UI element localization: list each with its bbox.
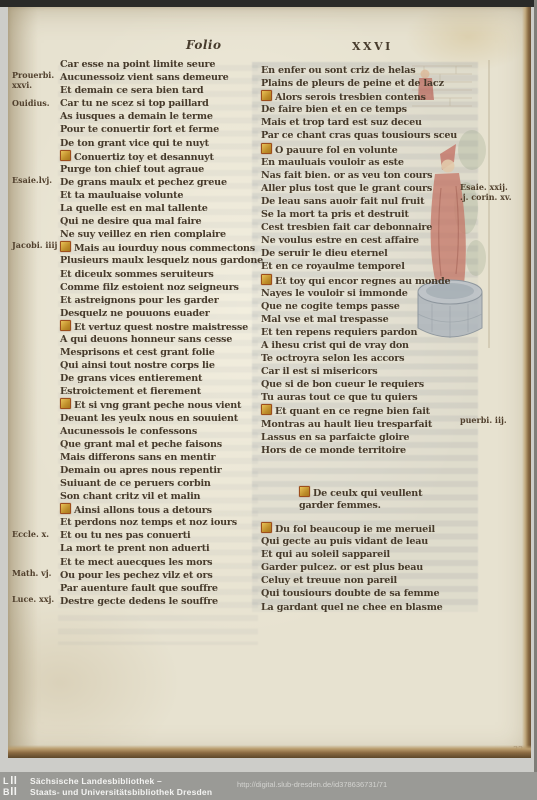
page-number-roman: XXVI	[352, 40, 393, 53]
verse-text: Et toy qui encor regnes au monde	[275, 276, 450, 287]
verse-text: Aucunessoiz vient sans demeure	[60, 72, 229, 83]
illuminated-pilcrow-icon	[60, 503, 71, 514]
verse-text: Ainsi allons tous a detours	[74, 505, 212, 516]
verse-line: Aucunessois le confessons	[60, 425, 266, 438]
verse-text: La gardant quel ne chee en blasme	[261, 602, 443, 613]
verse-line: Par ce chant cras quas tousiours sceu	[261, 129, 477, 142]
verse-line: La quelle est en mal tallente	[60, 202, 266, 215]
verse-text: Par auenture fault que souffre	[60, 583, 218, 594]
verse-text: Plains de pleurs de peine et de lacz	[261, 78, 444, 89]
margin-citation-line: Jacobi. iiij	[12, 241, 57, 251]
verse-line: De leau sans auoir fait nul fruit	[261, 195, 477, 208]
verse-text: Que grant mal et peche faisons	[60, 439, 222, 450]
verse-line: Celuy et treuue non pareil	[261, 574, 477, 587]
verse-text: Ne voulus estre en cest affaire	[261, 235, 419, 246]
svg-text:B: B	[3, 787, 10, 797]
verse-text: Conuertiz toy et desannuyt	[74, 152, 214, 163]
verse-line: Et diceulx sommes seruiteurs	[60, 268, 266, 281]
margin-citation: Esaie. xxij..j. corin. xv.	[460, 183, 512, 202]
margin-citation: Esaie.lvj.	[12, 176, 52, 186]
verse-line: Plusieurs maulx lesquelz nous gardone	[60, 254, 266, 267]
verse-text: Comme filz estoient noz seigneurs	[60, 282, 239, 293]
verse-line: Par auenture fault que souffre	[60, 582, 266, 595]
margin-citation: Luce. xxj.	[12, 595, 54, 605]
verse-line: Et qui au soleil sappareil	[261, 548, 477, 561]
right-column: En enfer ou sont criz de helasPlains de …	[261, 64, 477, 614]
verse-text: Mais et trop tard est suz deceu	[261, 117, 422, 128]
verse-text: La quelle est en mal tallente	[60, 203, 208, 214]
verse-line: Car esse na point limite seure	[60, 58, 266, 71]
verse-line: Et te mect auecques les mors	[60, 556, 266, 569]
verse-line: Et ten repens requiers pardon	[261, 326, 477, 339]
folio-header: Folio	[186, 38, 222, 52]
verse-line: Ainsi allons tous a detours	[60, 503, 266, 516]
verse-text: Et demain ce sera bien tard	[60, 85, 203, 96]
verse-line: As iusques a demain le terme	[60, 110, 266, 123]
verse-text: Pour te conuertir fort et ferme	[60, 124, 219, 135]
verse-text: Qui tousiours doubte de sa femme	[261, 588, 439, 599]
verse-text: Par ce chant cras quas tousiours sceu	[261, 130, 457, 141]
verse-text: Suiuant de ce peruers corbin	[60, 478, 211, 489]
verse-text: De grans vices entierement	[60, 373, 202, 384]
illuminated-pilcrow-icon	[261, 404, 272, 415]
verse-text: Hors de ce monde territoire	[261, 445, 406, 456]
verse-line: Demain ou apres nous repentir	[60, 464, 266, 477]
verse-text: Plusieurs maulx lesquelz nous gardone	[60, 255, 263, 266]
library-name-line2: Staats- und Universitätsbibliothek Dresd…	[30, 787, 212, 798]
verse-line: La mort te prent non aduerti	[60, 542, 266, 555]
verse-text: Estroictement et fierement	[60, 386, 201, 397]
margin-citation-line: Ouidius.	[12, 99, 50, 109]
verse-text: Et vertuz quest nostre maistresse	[74, 322, 248, 333]
verse-line: Montras au hault lieu tresparfait	[261, 418, 477, 431]
verse-text: Ou pour les pechez vilz et ors	[60, 570, 213, 581]
svg-text:L: L	[3, 776, 9, 786]
margin-citation-line: Eccle. x.	[12, 530, 49, 540]
verse-line: En mauluais vouloir as este	[261, 156, 477, 169]
verse-line: Que si de bon cueur le requiers	[261, 378, 477, 391]
verse-text: Que ne cogite temps passe	[261, 301, 400, 312]
illuminated-pilcrow-icon	[60, 398, 71, 409]
verse-text: Et ten repens requiers pardon	[261, 327, 417, 338]
verse-line: Et vertuz quest nostre maistresse	[60, 320, 266, 333]
verse-text: O pauure fol en volunte	[275, 145, 398, 156]
verse-text: Alors serois tresbien contens	[275, 92, 426, 103]
verse-text: Et en ce royaulme temporel	[261, 261, 405, 272]
verse-text: Car tu ne scez si top paillard	[60, 98, 209, 109]
library-name-line1: Sächsische Landesbibliothek –	[30, 776, 212, 787]
verse-line: Qui ne desire qua mal faire	[60, 215, 266, 228]
verse-line: Comme filz estoient noz seigneurs	[60, 281, 266, 294]
verse-line: Mais et trop tard est suz deceu	[261, 116, 477, 129]
verse-text: Purge ton chief tout agraue	[60, 164, 204, 175]
margin-citation-line: .j. corin. xv.	[460, 193, 512, 203]
verse-line: En enfer ou sont criz de helas	[261, 64, 477, 77]
verse-line: Conuertiz toy et desannuyt	[60, 150, 266, 163]
verse-text: Garder pulcez. or est plus beau	[261, 562, 423, 573]
verse-text: garder femmes.	[299, 500, 381, 511]
verse-line: La gardant quel ne chee en blasme	[261, 601, 477, 614]
verse-text: A ihesu crist qui de vray don	[261, 340, 409, 351]
verse-line: Et en ce royaulme temporel	[261, 260, 477, 273]
illuminated-pilcrow-icon	[60, 150, 71, 161]
verse-line: Et ta mauluaise volunte	[60, 189, 266, 202]
verse-text: Qui gecte au puis vidant de leau	[261, 536, 428, 547]
verse-line: Destre gecte dedens le souffre	[60, 595, 266, 608]
book-edge-right	[522, 7, 531, 758]
verse-line: Qui tousiours doubte de sa femme	[261, 587, 477, 600]
verse-text: Qui ainsi tout nostre corps lie	[60, 360, 215, 371]
verse-line: Nas fait bien. or as veu ton cours	[261, 169, 477, 182]
verse-text: Nayes le vouloir si immonde	[261, 288, 408, 299]
margin-citation: Ouidius.	[12, 99, 50, 109]
verse-line: Et quant en ce regne bien fait	[261, 404, 477, 417]
verse-line: Mesprisons et cest grant folie	[60, 346, 266, 359]
illuminated-pilcrow-icon	[299, 486, 310, 497]
verse-text: Mal vse et mal trespasse	[261, 314, 389, 325]
margin-citation: Prouerbi.xxvi.	[12, 71, 54, 90]
verse-line: Purge ton chief tout agraue	[60, 163, 266, 176]
verse-line: Car tu ne scez si top paillard	[60, 97, 266, 110]
verse-text: Aller plus tost que le grant cours	[261, 183, 432, 194]
verse-text: De faire bien et en ce temps	[261, 104, 407, 115]
scan-viewport: Folio XXVI Car esse na point limite seur…	[0, 0, 537, 800]
verse-line: Cest tresbien fait car debonnaire	[261, 221, 477, 234]
margin-citation: puerbi. iij.	[460, 416, 507, 426]
verse-line: garder femmes.	[299, 499, 477, 512]
verse-line: Aucunessoiz vient sans demeure	[60, 71, 266, 84]
verse-text: As iusques a demain le terme	[60, 111, 213, 122]
illuminated-pilcrow-icon	[261, 143, 272, 154]
library-footer-bar: L B Sächsische Landesbibliothek – Staats…	[0, 772, 537, 800]
verse-line: Lassus en sa parfaicte gloire	[261, 431, 477, 444]
verse-line: Suiuant de ce peruers corbin	[60, 477, 266, 490]
verse-line: De grans vices entierement	[60, 372, 266, 385]
verse-block: Du fol beaucoup ie me merueilQui gecte a…	[261, 522, 477, 614]
verse-text: Mais differons sans en mentir	[60, 452, 215, 463]
verse-line: Du fol beaucoup ie me merueil	[261, 522, 477, 535]
persistent-url: http://digital.slub-dresden.de/id3786367…	[237, 780, 387, 789]
verse-text: De grans maulx et pechez greue	[60, 177, 227, 188]
verse-line: Pour te conuertir fort et ferme	[60, 123, 266, 136]
verse-text: De seruir le dieu eternel	[261, 248, 388, 259]
illuminated-pilcrow-icon	[261, 90, 272, 101]
verse-line: Hors de ce monde territoire	[261, 444, 477, 457]
verse-text: Qui ne desire qua mal faire	[60, 216, 201, 227]
margin-citation: Math. vj.	[12, 569, 51, 579]
verse-line: Ne voulus estre en cest affaire	[261, 234, 477, 247]
margin-citation-line: Esaie.lvj.	[12, 176, 52, 186]
verse-line: Alors serois tresbien contens	[261, 90, 477, 103]
verse-line: Mais differons sans en mentir	[60, 451, 266, 464]
verse-text: Destre gecte dedens le souffre	[60, 596, 218, 607]
margin-citation-line: Luce. xxj.	[12, 595, 54, 605]
verse-text: Et ta mauluaise volunte	[60, 190, 183, 201]
margin-citation-line: Math. vj.	[12, 569, 51, 579]
verse-text: En enfer ou sont criz de helas	[261, 65, 415, 76]
verse-line: Que grant mal et peche faisons	[60, 438, 266, 451]
verse-line: O pauure fol en volunte	[261, 143, 477, 156]
verse-text: Car esse na point limite seure	[60, 59, 215, 70]
verse-line: Son chant critz vil et malin	[60, 490, 266, 503]
gutter-shadow	[8, 7, 38, 758]
verse-line: Car il est si misericors	[261, 365, 477, 378]
margin-citation: Jacobi. iiij	[12, 241, 57, 251]
verse-text: Son chant critz vil et malin	[60, 491, 200, 502]
verse-text: Montras au hault lieu tresparfait	[261, 419, 432, 430]
verse-text: Se la mort ta pris et destruit	[261, 209, 409, 220]
verse-line: Nayes le vouloir si immonde	[261, 287, 477, 300]
verse-line: De ton grant vice qui te nuyt	[60, 137, 266, 150]
verse-line: Et ou tu nes pas conuerti	[60, 529, 266, 542]
verse-line: Te octroyra selon les accors	[261, 352, 477, 365]
verse-text: Aucunessois le confessons	[60, 426, 197, 437]
verse-text: Et diceulx sommes seruiteurs	[60, 269, 214, 280]
verse-text: Te octroyra selon les accors	[261, 353, 404, 364]
slub-logo-icon: L B	[2, 775, 24, 797]
verse-text: Et ou tu nes pas conuerti	[60, 530, 190, 541]
verse-line: Mais au iourduy nous commectons	[60, 241, 266, 254]
verse-line: Se la mort ta pris et destruit	[261, 208, 477, 221]
book-edge-bottom	[8, 745, 531, 758]
verse-text: De leau sans auoir fait nul fruit	[261, 196, 424, 207]
verse-text: Car il est si misericors	[261, 366, 377, 377]
verse-text: De ton grant vice qui te nuyt	[60, 138, 209, 149]
verse-block: En enfer ou sont criz de helasPlains de …	[261, 64, 477, 457]
verse-text: Nas fait bien. or as veu ton cours	[261, 170, 432, 181]
verse-line: Et demain ce sera bien tard	[60, 84, 266, 97]
section-heading: De ceulx qui veullentgarder femmes.	[261, 486, 477, 512]
verse-text: La mort te prent non aduerti	[60, 543, 209, 554]
verse-line: Qui ainsi tout nostre corps lie	[60, 359, 266, 372]
left-column: Car esse na point limite seureAucunessoi…	[60, 58, 266, 608]
verse-line: Plains de pleurs de peine et de lacz	[261, 77, 477, 90]
verse-line: Aller plus tost que le grant cours	[261, 182, 477, 195]
verse-text: Et si vng grant peche nous vient	[74, 400, 241, 411]
verse-text: Mesprisons et cest grant folie	[60, 347, 215, 358]
verse-text: Et perdons noz temps et noz iours	[60, 517, 237, 528]
verse-text: De ceulx qui veullent	[313, 488, 422, 499]
verse-line: Et si vng grant peche nous vient	[60, 398, 266, 411]
verse-line: Que ne cogite temps passe	[261, 300, 477, 313]
verse-text: Et te mect auecques les mors	[60, 557, 212, 568]
scanner-edge-top	[0, 0, 537, 7]
verse-text: Ne suy veillez en rien complaire	[60, 229, 226, 240]
margin-citation-line: xxvi.	[12, 81, 54, 91]
illuminated-pilcrow-icon	[60, 320, 71, 331]
margin-citation: Eccle. x.	[12, 530, 49, 540]
verse-line: Et astreignons pour les garder	[60, 294, 266, 307]
verse-line: Deuant les yeulx nous en souuient	[60, 412, 266, 425]
illuminated-pilcrow-icon	[261, 274, 272, 285]
verse-line: Garder pulcez. or est plus beau	[261, 561, 477, 574]
library-name: Sächsische Landesbibliothek – Staats- un…	[30, 776, 212, 797]
margin-citation-line: puerbi. iij.	[460, 416, 507, 426]
verse-line: A ihesu crist qui de vray don	[261, 339, 477, 352]
verse-line: Ou pour les pechez vilz et ors	[60, 569, 266, 582]
verse-text: Desquelz ne pouuons euader	[60, 308, 210, 319]
verse-text: Cest tresbien fait car debonnaire	[261, 222, 432, 233]
verse-text: Et qui au soleil sappareil	[261, 549, 390, 560]
verse-text: Lassus en sa parfaicte gloire	[261, 432, 409, 443]
verse-line: Et toy qui encor regnes au monde	[261, 274, 477, 287]
verse-line: Ne suy veillez en rien complaire	[60, 228, 266, 241]
verse-text: Tu auras tout ce que tu quiers	[261, 392, 417, 403]
verse-text: Du fol beaucoup ie me merueil	[275, 524, 435, 535]
verse-line: Estroictement et fierement	[60, 385, 266, 398]
verse-text: Que si de bon cueur le requiers	[261, 379, 424, 390]
verse-line: De ceulx qui veullent	[299, 486, 477, 499]
manuscript-page: Folio XXVI Car esse na point limite seur…	[8, 7, 531, 758]
verse-line: Mal vse et mal trespasse	[261, 313, 477, 326]
illuminated-pilcrow-icon	[261, 522, 272, 533]
verse-text: Et quant en ce regne bien fait	[275, 406, 430, 417]
verse-line: Tu auras tout ce que tu quiers	[261, 391, 477, 404]
verse-line: Desquelz ne pouuons euader	[60, 307, 266, 320]
verse-line: Et perdons noz temps et noz iours	[60, 516, 266, 529]
verse-text: Et astreignons pour les garder	[60, 295, 219, 306]
verse-line: A qui deuons honneur sans cesse	[60, 333, 266, 346]
verse-text: Deuant les yeulx nous en souuient	[60, 413, 238, 424]
illuminated-pilcrow-icon	[60, 241, 71, 252]
verse-text: A qui deuons honneur sans cesse	[60, 334, 232, 345]
verse-line: Qui gecte au puis vidant de leau	[261, 535, 477, 548]
verse-line: De seruir le dieu eternel	[261, 247, 477, 260]
verse-line: De grans maulx et pechez greue	[60, 176, 266, 189]
verse-text: En mauluais vouloir as este	[261, 157, 404, 168]
verse-text: Mais au iourduy nous commectons	[74, 243, 255, 254]
verse-line: De faire bien et en ce temps	[261, 103, 477, 116]
verse-text: Demain ou apres nous repentir	[60, 465, 222, 476]
verse-text: Celuy et treuue non pareil	[261, 575, 397, 586]
